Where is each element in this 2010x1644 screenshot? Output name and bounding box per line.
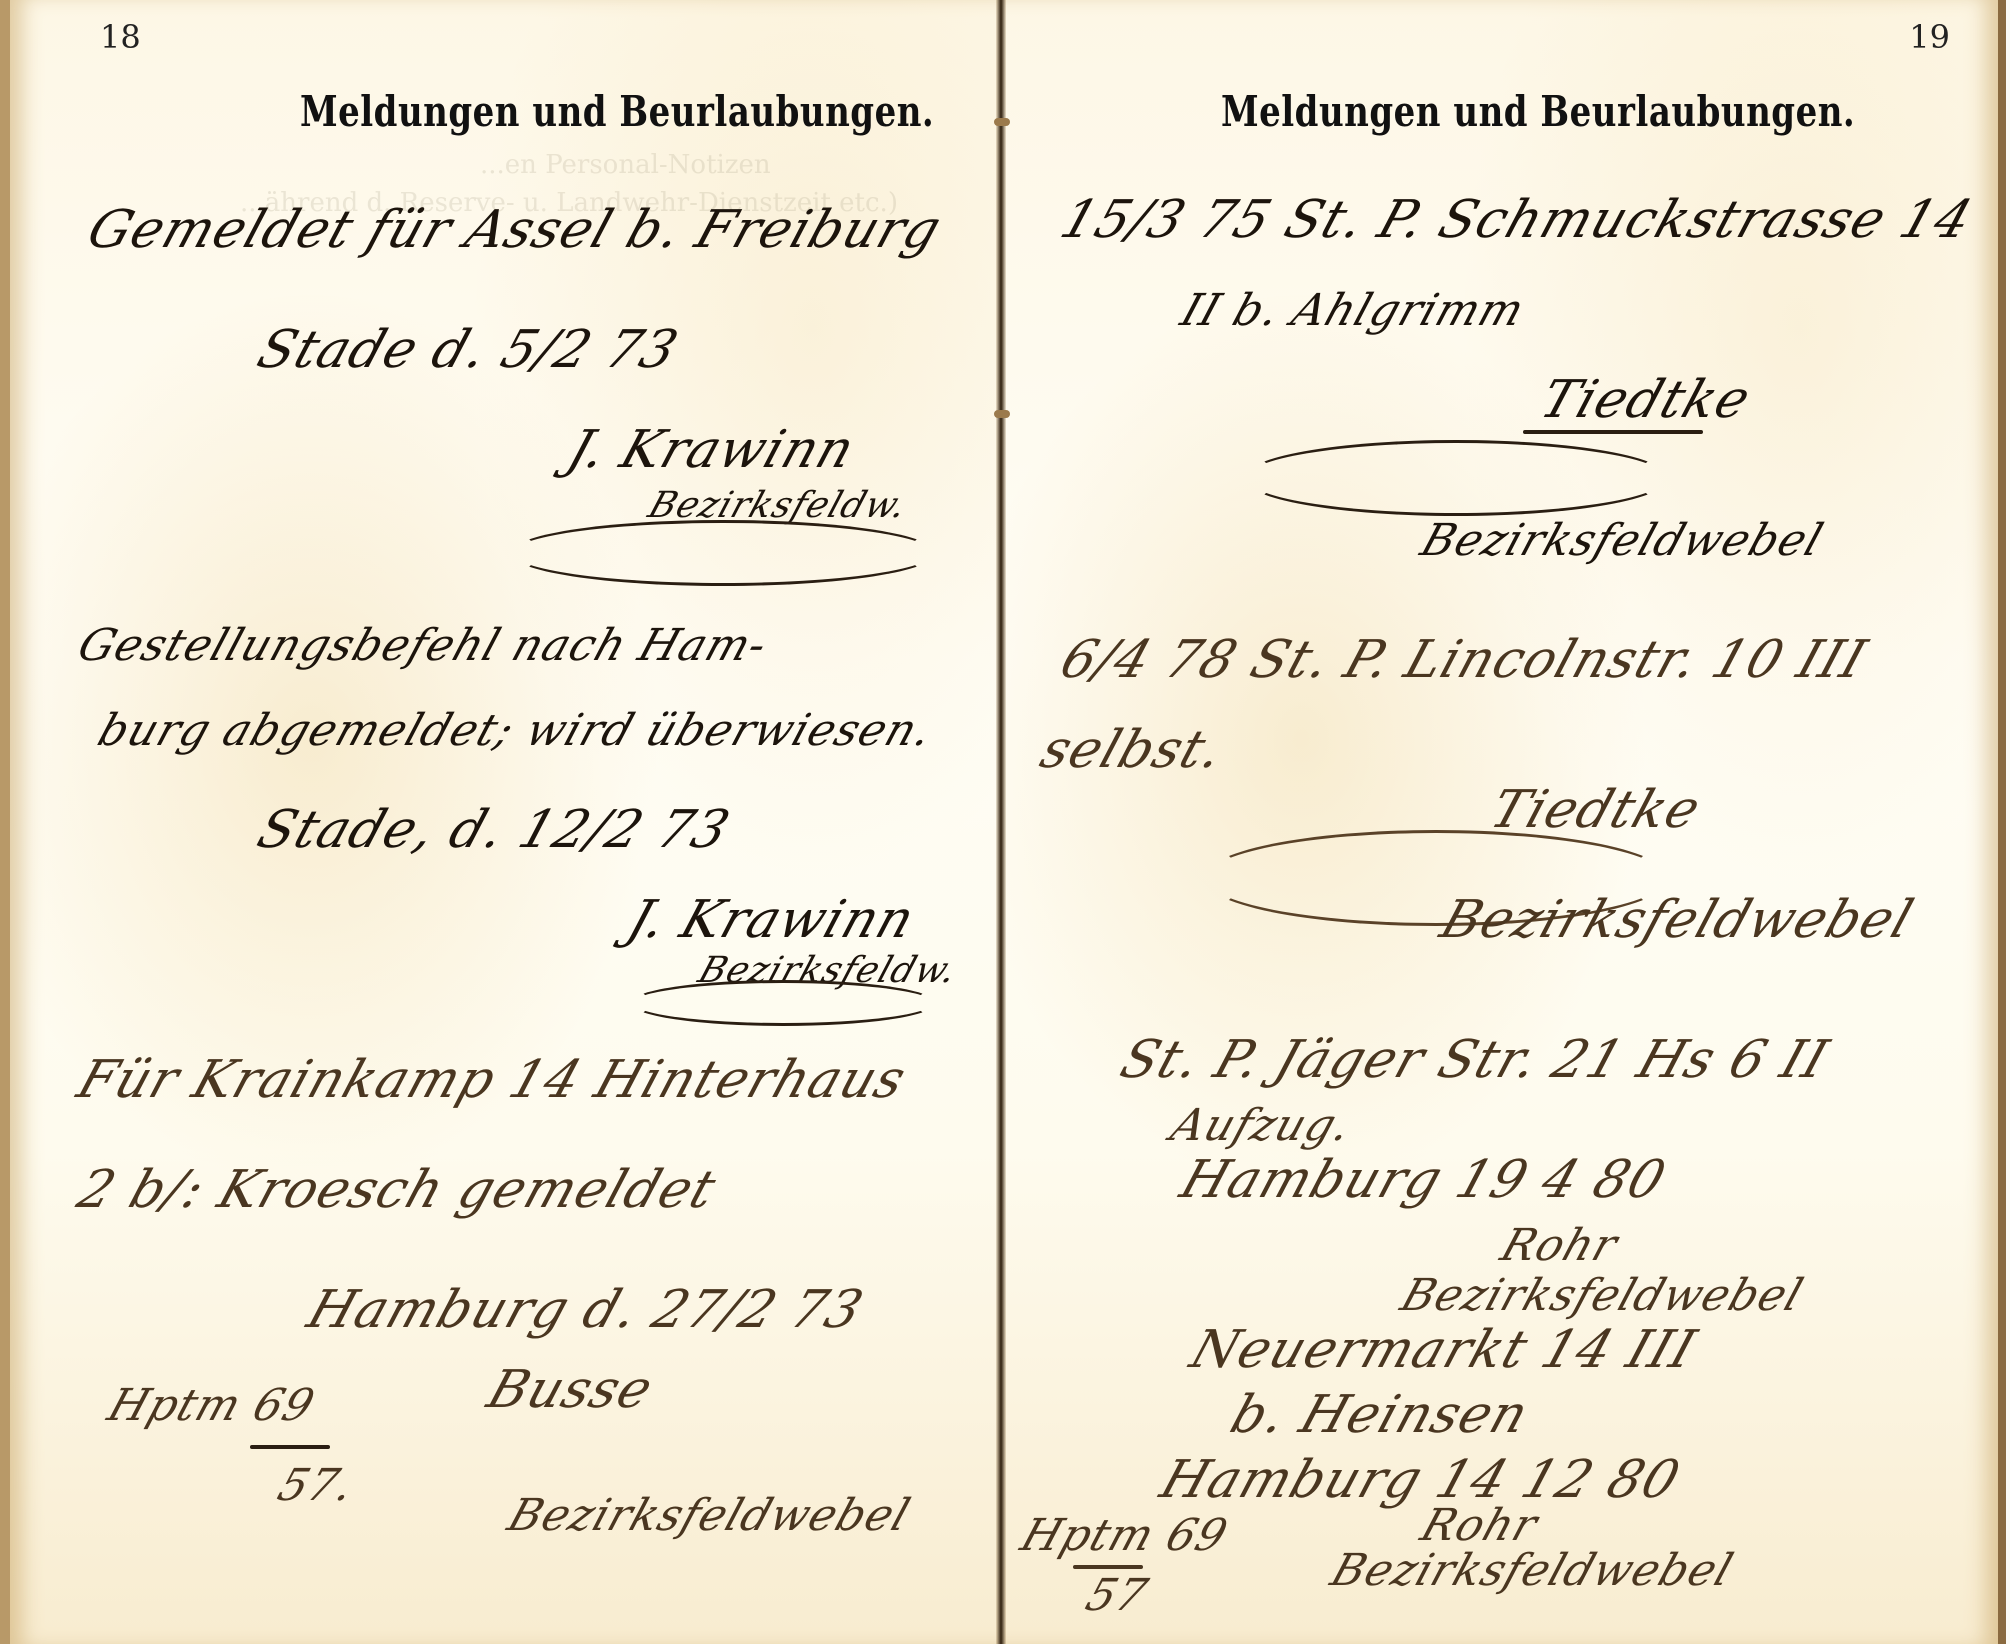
signature-flourish [630,980,936,1026]
entry-line: b. Heinsen [1223,1385,1536,1445]
binding-stitch [994,410,1010,418]
entry-line: Gestellungsbefehl nach Ham- [72,620,774,671]
signature-title: Bezirksfeldwebel [1433,890,1920,950]
entry-line: burg abgemeldet; wird überwiesen. [92,705,940,756]
entry-line: Gemeldet für Assel b. Freiburg [80,200,949,260]
signature-title: Bezirksfeldwebel [1395,1270,1810,1321]
signature: Rohr [1415,1500,1545,1551]
entry-line: Stade, d. 12/2 73 [250,800,737,860]
fraction-line [1073,1565,1143,1569]
entry-line: 2 b/: Kroesch gemeldet [70,1160,723,1220]
entry-line: Hamburg 19 4 80 [1173,1150,1673,1210]
entry-line: Hamburg d. 27/2 73 [300,1280,870,1340]
margin-note: Hptm 69 [1015,1510,1234,1561]
signature-underline [1523,430,1703,434]
signature-title: Bezirksfeldwebel [1325,1545,1740,1596]
margin-note: 57 [1080,1570,1155,1621]
book-spread: 18 Meldungen und Beurlaubungen. ...en Pe… [0,0,2010,1644]
page-heading-left: Meldungen und Beurlaubungen. [300,87,934,137]
signature: J. Krawinn [620,890,922,950]
signature-flourish [1243,440,1669,516]
entry-line: Aufzug. [1165,1100,1359,1151]
left-page: 18 Meldungen und Beurlaubungen. ...en Pe… [0,0,1013,1644]
book-gutter [996,0,1006,1644]
signature-title: Bezirksfeldwebel [1415,515,1830,566]
entry-line: II b. Ahlgrimm [1175,285,1531,336]
signature: Tiedtke [1533,370,1758,430]
page-heading-right: Meldungen und Beurlaubungen. [1221,87,1855,137]
fraction-line [250,1445,330,1449]
entry-line: St. P. Jäger Str. 21 Hs 6 II [1113,1030,1836,1090]
signature-title: Bezirksfeldwebel [502,1490,917,1541]
entry-line: 15/3 75 St. P. Schmuckstrasse 14 [1053,190,1980,250]
margin-note: Hptm 69 [102,1380,321,1431]
binding-stitch [994,118,1010,126]
signature: J. Krawinn [560,420,862,480]
page-number-left: 18 [100,18,141,56]
entry-line: 6/4 78 St. P. Lincolnstr. 10 III [1053,630,1874,690]
signature: Rohr [1495,1220,1625,1271]
entry-line: Hamburg 14 12 80 [1153,1450,1687,1510]
entry-line: Für Krainkamp 14 Hinterhaus [70,1050,913,1110]
page-number-right: 19 [1909,18,1950,56]
signature: Tiedtke [1483,780,1708,840]
signature-flourish [510,520,936,586]
bleed-through-text: ...en Personal-Notizen [480,150,771,180]
entry-line: selbst. [1033,720,1231,780]
entry-line: Neuermarkt 14 III [1183,1320,1703,1380]
entry-line: Stade d. 5/2 73 [250,320,685,380]
margin-note: 57. [272,1460,362,1511]
signature: Busse [480,1360,660,1420]
right-page: 19 Meldungen und Beurlaubungen. 15/3 75 … [1003,0,2006,1644]
